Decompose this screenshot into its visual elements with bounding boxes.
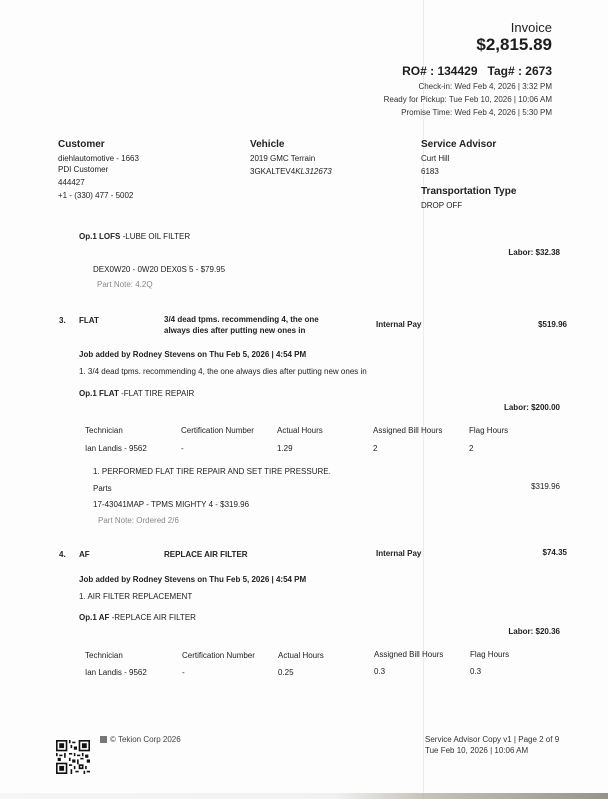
job-code: AF (79, 550, 90, 559)
op-code: Op.1 FLAT (79, 389, 119, 398)
parts-total: $319.96 (531, 482, 560, 491)
tech-header-actual: Actual Hours (277, 426, 323, 435)
tech-header-cert: Certification Number (182, 651, 255, 660)
job-op: Op.1 AF -REPLACE AIR FILTER (79, 613, 196, 622)
customer-label: Customer (58, 139, 105, 150)
advisor-id: 6183 (421, 167, 439, 176)
transport-value: DROP OFF (421, 201, 462, 210)
tech-header-flag: Flag Hours (470, 650, 509, 659)
ro-tag-line: RO# : 134429Tag# : 2673 (402, 64, 552, 78)
advisor-label: Service Advisor (421, 139, 496, 150)
job-code: FLAT (79, 316, 99, 325)
tech-cell-actual: 0.25 (278, 668, 294, 677)
tech-header-technician: Technician (85, 426, 123, 435)
vin-prefix: 3GKALTEV4 (250, 167, 295, 176)
customer-name: diehlautomotive - 1663 (58, 154, 139, 163)
tech-cell-cert: - (182, 668, 185, 677)
prev-labor: Labor: $32.38 (508, 248, 560, 257)
tech-header-assigned: Assigned Bill Hours (374, 650, 443, 659)
qr-code (56, 740, 90, 774)
job-total: $74.35 (543, 548, 567, 557)
prev-op: Op.1 LOFS -LUBE OIL FILTER (79, 232, 190, 241)
vehicle-model: 2019 GMC Terrain (250, 154, 315, 163)
job-correction: 1. PERFORMED FLAT TIRE REPAIR AND SET TI… (93, 467, 331, 476)
job-total: $519.96 (538, 320, 567, 329)
tech-cell-assigned: 2 (373, 444, 377, 453)
prev-part-note: Part Note: 4.2Q (97, 280, 153, 289)
tech-cell-actual: 1.29 (277, 444, 293, 453)
job-pay-type: Internal Pay (376, 320, 421, 329)
invoice-total: $2,815.89 (476, 35, 552, 55)
tech-header-technician: Technician (85, 651, 123, 660)
part-note: Part Note: Ordered 2/6 (98, 516, 179, 525)
tech-cell-technician: Ian Landis - 9562 (85, 444, 147, 453)
tech-cell-flag: 2 (469, 444, 473, 453)
tech-cell-flag: 0.3 (470, 667, 481, 676)
prev-part: DEX0W20 - 0W20 DEX0S 5 - $79.95 (93, 265, 225, 274)
op-desc: -FLAT TIRE REPAIR (121, 389, 194, 398)
tech-cell-cert: - (181, 444, 184, 453)
footer-copyright: © Tekion Corp 2026 (100, 735, 181, 744)
customer-type: PDI Customer (58, 165, 108, 174)
prev-op-code: Op.1 LOFS (79, 232, 120, 241)
job-labor: Labor: $200.00 (504, 403, 560, 412)
tech-header-assigned: Assigned Bill Hours (373, 426, 442, 435)
job-labor: Labor: $20.36 (508, 627, 560, 636)
tekion-logo-icon (100, 736, 107, 743)
job-added-by: Job added by Rodney Stevens on Thu Feb 5… (79, 575, 306, 584)
job-added-by: Job added by Rodney Stevens on Thu Feb 5… (79, 350, 306, 359)
part-line: 17-43041MAP - TPMS MIGHTY 4 - $319.96 (93, 500, 249, 509)
footer-copy-info: Service Advisor Copy v1 | Page 2 of 9 (425, 735, 559, 744)
job-pay-type: Internal Pay (376, 549, 421, 558)
scan-edge-shadow (0, 793, 608, 799)
transport-label: Transportation Type (421, 186, 516, 197)
job-description-1: REPLACE AIR FILTER (164, 550, 248, 559)
job-op: Op.1 FLAT -FLAT TIRE REPAIR (79, 389, 194, 398)
customer-phone: +1 - (330) 477 - 5002 (58, 191, 133, 200)
prev-op-desc: -LUBE OIL FILTER (123, 232, 191, 241)
copyright-text: © Tekion Corp 2026 (110, 735, 181, 744)
promise-time: Promise Time: Wed Feb 4, 2026 | 5:30 PM (401, 108, 552, 117)
check-in: Check-in: Wed Feb 4, 2026 | 3:32 PM (418, 82, 552, 91)
customer-id: 444427 (58, 178, 85, 187)
vin-suffix: KL312673 (295, 167, 331, 176)
job-description-1: 3/4 dead tpms. recommending 4, the one (164, 315, 319, 324)
tech-header-cert: Certification Number (181, 426, 254, 435)
vehicle-vin: 3GKALTEV4KL312673 (250, 167, 332, 176)
invoice-title: Invoice (511, 20, 552, 35)
tech-cell-technician: Ian Landis - 9562 (85, 668, 147, 677)
job-description-2: always dies after putting new ones in (164, 326, 305, 335)
tech-header-flag: Flag Hours (469, 426, 508, 435)
job-number: 3. (59, 316, 66, 325)
job-concern: 1. AIR FILTER REPLACEMENT (79, 592, 192, 601)
tag-number: Tag# : 2673 (488, 64, 552, 78)
footer-printed: Tue Feb 10, 2026 | 10:06 AM (425, 746, 528, 755)
scan-artifact-line (423, 0, 424, 799)
vehicle-label: Vehicle (250, 139, 284, 150)
tech-header-actual: Actual Hours (278, 651, 324, 660)
tech-cell-assigned: 0.3 (374, 667, 385, 676)
job-number: 4. (59, 550, 66, 559)
advisor-name: Curt Hill (421, 154, 449, 163)
ready-for-pickup: Ready for Pickup: Tue Feb 10, 2026 | 10:… (384, 95, 552, 104)
job-concern: 1. 3/4 dead tpms. recommending 4, the on… (79, 367, 367, 376)
op-desc: -REPLACE AIR FILTER (112, 613, 196, 622)
parts-label: Parts (93, 484, 112, 493)
ro-number: RO# : 134429 (402, 64, 477, 78)
op-code: Op.1 AF (79, 613, 109, 622)
